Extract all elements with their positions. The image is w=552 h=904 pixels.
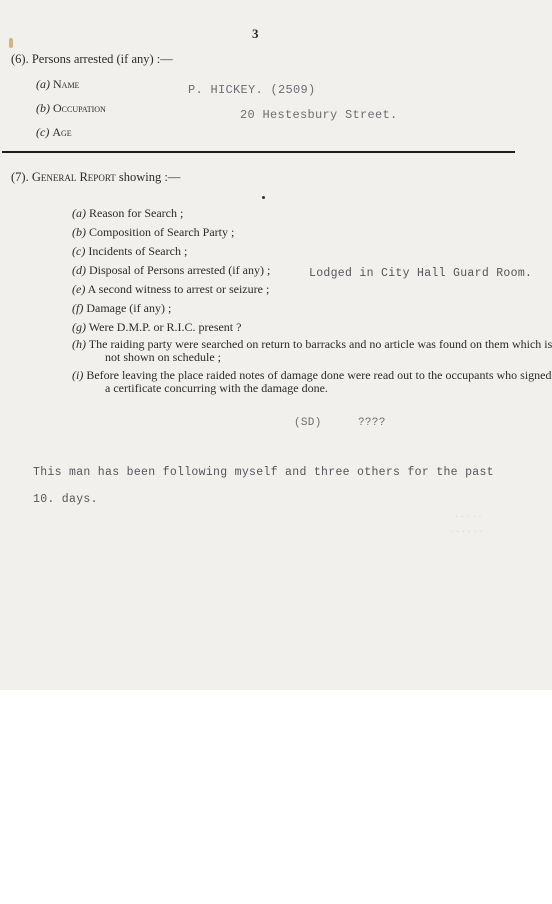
item-letter: (f) [72, 301, 83, 315]
heading-suffix: showing :— [119, 170, 180, 184]
typed-disposal: Lodged in City Hall Guard Room. [309, 267, 532, 280]
field-label: Name [53, 77, 79, 91]
item-text: Disposal of Persons arrested (if any) ; [89, 263, 270, 277]
report-item-b: (b) Composition of Search Party ; [72, 225, 234, 240]
field-letter: (a) [36, 77, 50, 91]
report-item-c: (c) Incidents of Search ; [72, 244, 187, 259]
field-age-label: (c) Age [36, 125, 72, 140]
item-letter: (h) [72, 337, 86, 351]
report-item-g: (g) Were D.M.P. or R.I.C. present ? [72, 320, 241, 335]
section-7-heading: (7). General Report showing :— [11, 170, 180, 185]
ink-dot [262, 196, 265, 199]
item-letter: (e) [72, 282, 85, 296]
item-letter: (c) [72, 244, 85, 258]
field-name-label: (a) Name [36, 77, 79, 92]
section-divider [2, 151, 515, 153]
item-text: Before leaving the place raided notes of… [86, 368, 551, 395]
report-item-f: (f) Damage (if any) ; [72, 301, 171, 316]
item-text: The raiding party were searched on retur… [89, 337, 552, 364]
report-item-e: (e) A second witness to arrest or seizur… [72, 282, 269, 297]
item-letter: (g) [72, 320, 86, 334]
signature-label: (SD) [294, 417, 322, 429]
page-number: 3 [252, 26, 259, 42]
report-item-d: (d) Disposal of Persons arrested (if any… [72, 263, 270, 278]
field-occupation-label: (b) Occupation [36, 101, 106, 116]
bleed-through-mark: · · · · · [455, 512, 482, 523]
item-letter: (b) [72, 225, 86, 239]
item-text: Damage (if any) ; [86, 301, 171, 315]
remarks-line-2: 10. days. [33, 493, 98, 506]
field-label: Occupation [53, 101, 106, 115]
paper-stain [9, 38, 13, 48]
report-item-i: (i) Before leaving the place raided note… [72, 369, 552, 395]
field-letter: (c) [36, 125, 49, 139]
remarks-line-1: This man has been following myself and t… [33, 466, 494, 479]
item-text: Composition of Search Party ; [89, 225, 234, 239]
item-text: Reason for Search ; [89, 206, 183, 220]
field-letter: (b) [36, 101, 50, 115]
item-letter: (i) [72, 368, 83, 382]
signature-name: ???? [358, 417, 386, 429]
item-text: Incidents of Search ; [88, 244, 187, 258]
section-6-heading: (6). Persons arrested (if any) :— [11, 52, 173, 67]
report-item-h: (h) The raiding party were searched on r… [72, 338, 552, 364]
document-page: 3 (6). Persons arrested (if any) :— (a) … [0, 0, 552, 690]
heading-number: (7). [11, 170, 29, 184]
field-label: Age [52, 125, 71, 139]
item-letter: (d) [72, 263, 86, 277]
bleed-through-mark: · · · · · · [450, 527, 482, 538]
item-letter: (a) [72, 206, 86, 220]
item-text: A second witness to arrest or seizure ; [88, 282, 270, 296]
typed-arrested-name: P. HICKEY. (2509) [188, 83, 316, 97]
heading-title: General Report [32, 170, 116, 184]
typed-arrested-address: 20 Hestesbury Street. [240, 108, 398, 122]
report-item-a: (a) Reason for Search ; [72, 206, 183, 221]
item-text: Were D.M.P. or R.I.C. present ? [89, 320, 242, 334]
